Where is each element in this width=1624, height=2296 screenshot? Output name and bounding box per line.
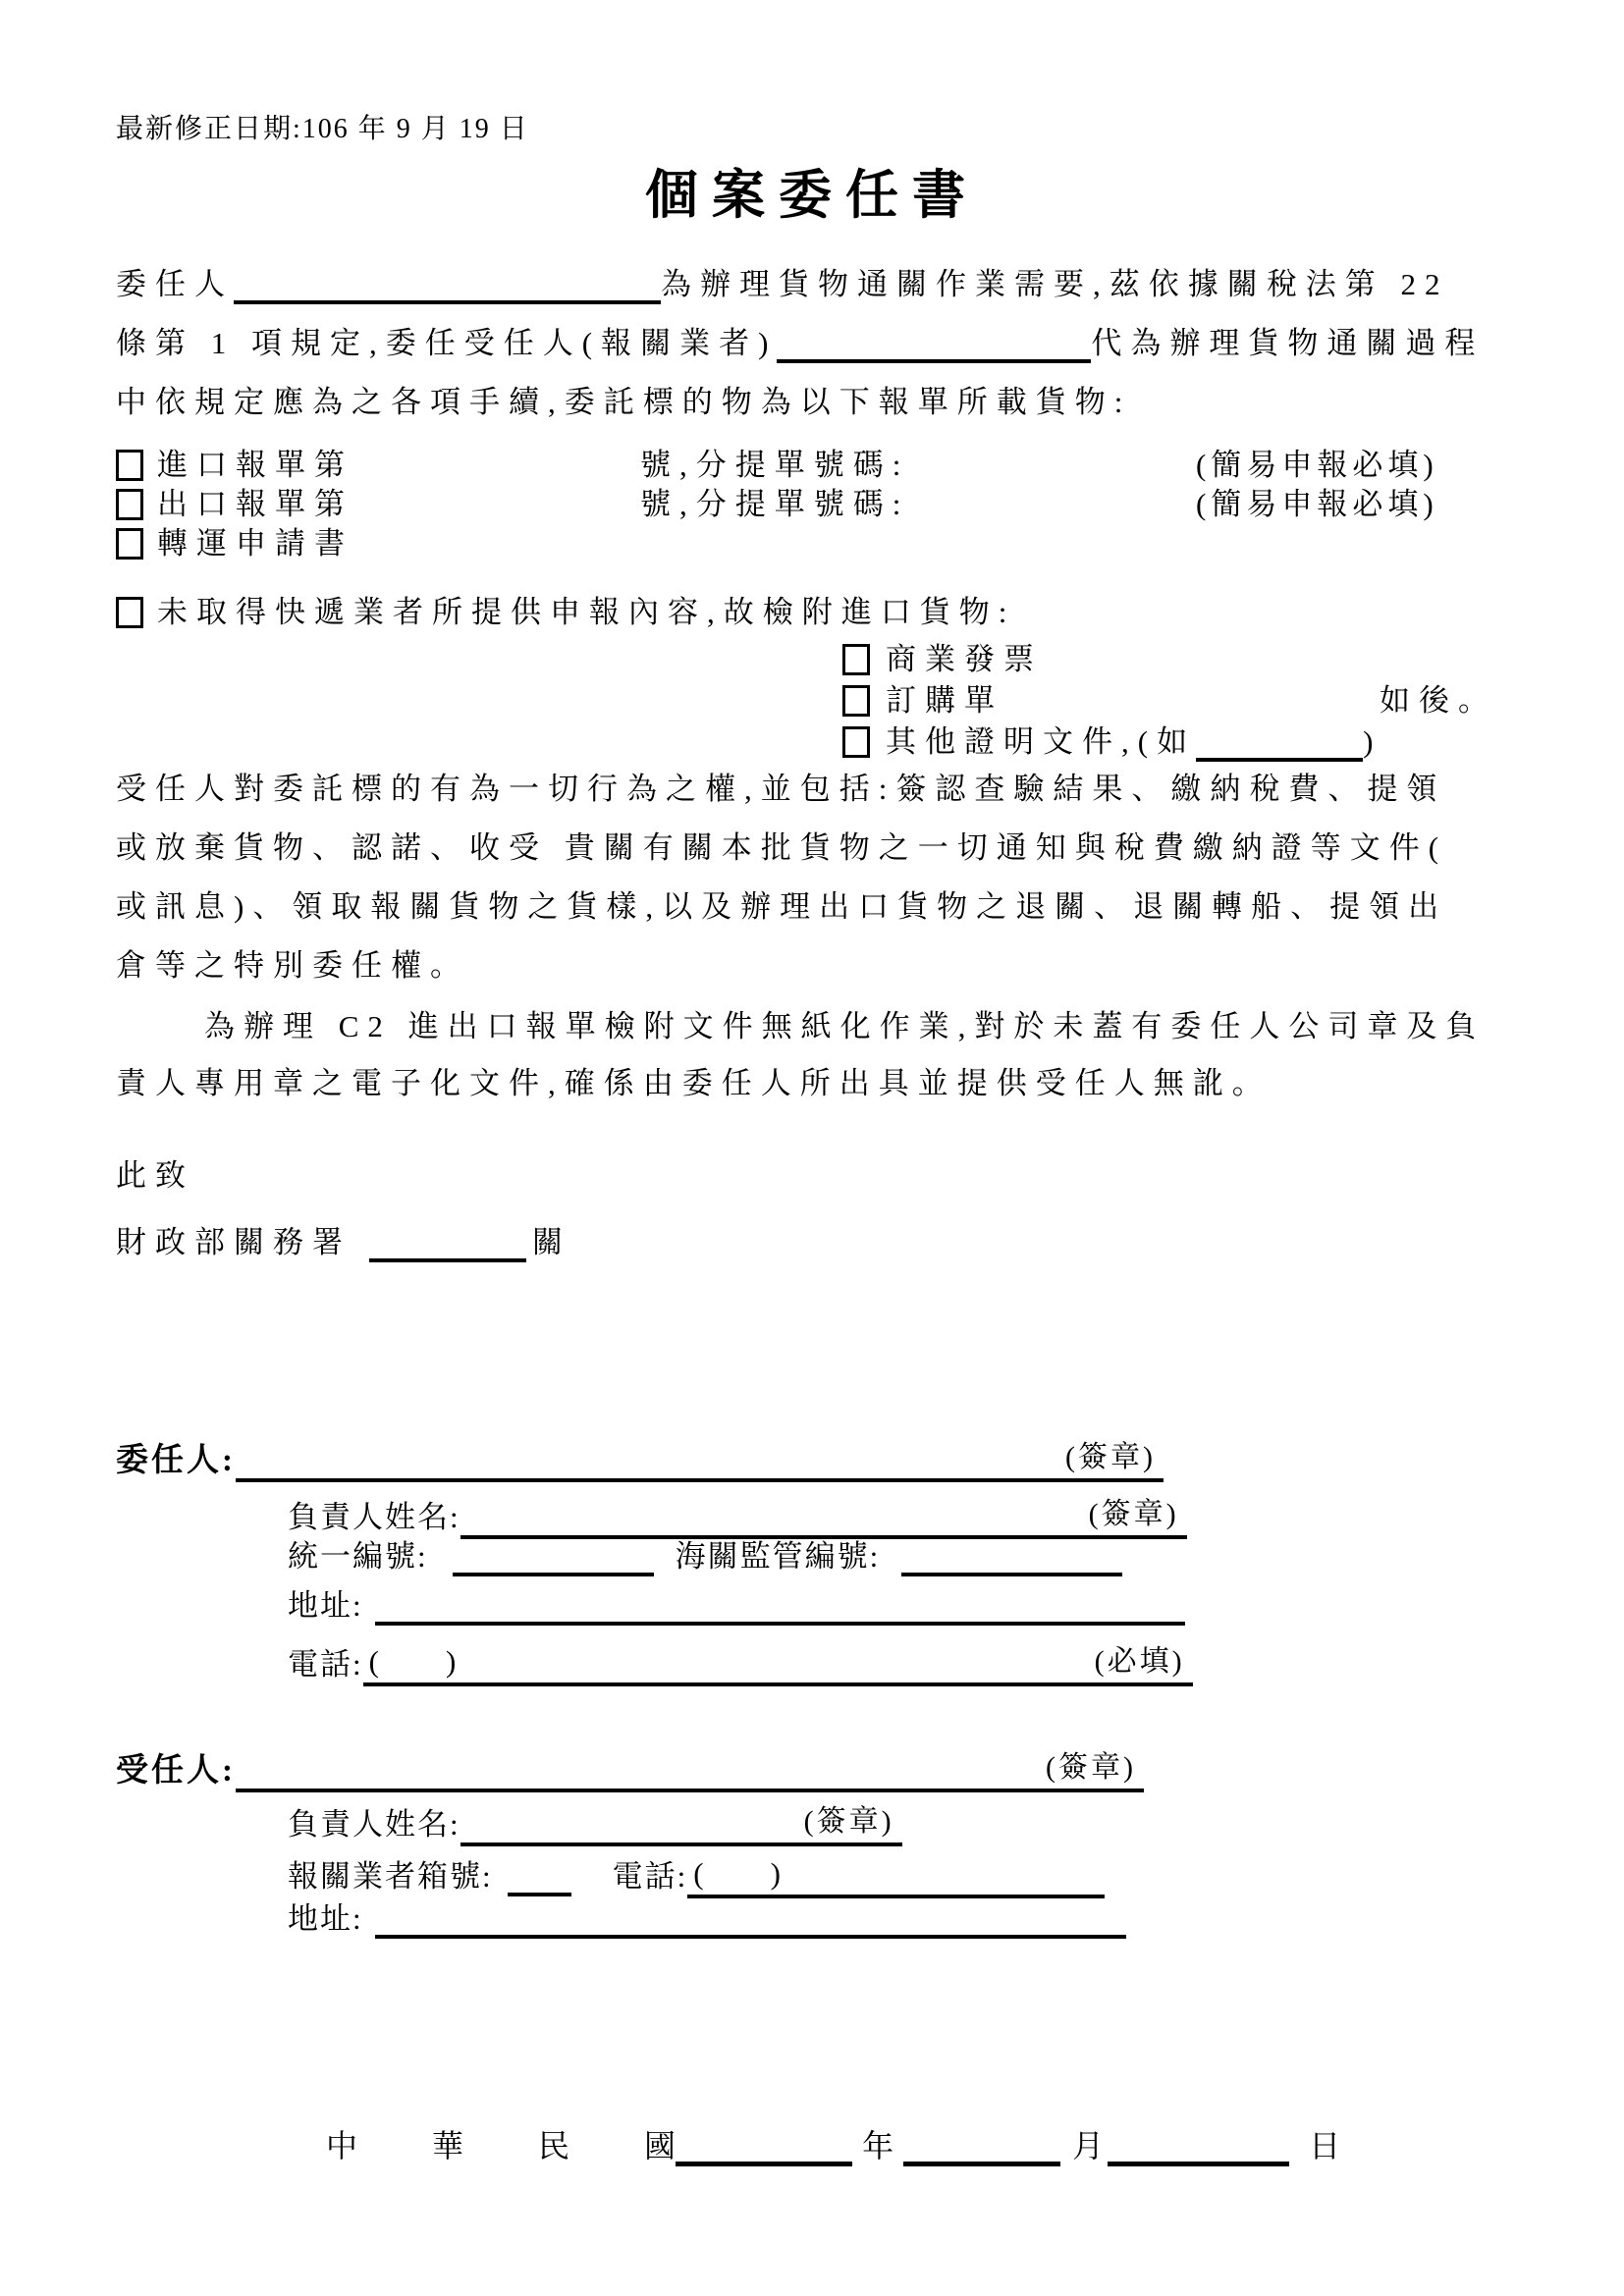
authority-line-3: 或訊息)、領取報關貨物之貨樣,以及辦理出口貨物之退關、退關轉船、提領出	[116, 891, 1447, 922]
principal-address-blank[interactable]	[375, 1622, 1185, 1626]
principal-phone-area-paren: ( )	[369, 1646, 459, 1677]
checkbox-express-attachment[interactable]	[116, 597, 143, 628]
agent-representative-seal-note: (簽章)	[804, 1807, 894, 1837]
other-documents-row: 其他證明文件,(如)	[0, 724, 1624, 768]
paperless-line-2: 責人專用章之電子化文件,確係由委任人所出具並提供受任人無訛。	[116, 1068, 1272, 1098]
purchase-order-label: 訂購單	[886, 685, 1003, 716]
customs-supervision-number-blank[interactable]	[901, 1573, 1122, 1576]
agent-name-blank[interactable]	[777, 359, 1091, 363]
agent-address-row: 地址:	[288, 1903, 1126, 1939]
principal-phone-required-note: (必填)	[1095, 1647, 1185, 1677]
roc-era-char-1: 中	[326, 2130, 357, 2162]
agent-signature-line[interactable]: (簽章)	[236, 1745, 1144, 1792]
agent-representative-label: 負責人姓名:	[288, 1807, 460, 1842]
invoice-row: 商業發票	[0, 642, 1624, 685]
roc-era-char-2: 華	[432, 2130, 463, 2162]
principal-representative-row: 負責人姓名:(簽章)	[288, 1492, 1187, 1539]
other-documents-suffix: )	[1363, 724, 1381, 759]
other-documents-line: 其他證明文件,(如)	[886, 726, 1381, 762]
agent-phone-area-paren: ( )	[693, 1858, 783, 1889]
transit-application-label: 轉運申請書	[157, 528, 353, 559]
principal-representative-line[interactable]: (簽章)	[460, 1492, 1187, 1539]
customs-office-suffix: 關	[532, 1225, 571, 1259]
agent-title: 受任人:	[116, 1753, 236, 1789]
import-declaration-label: 進口報單第	[157, 450, 353, 480]
roc-date-line: 中華民國年月日	[326, 2130, 1340, 2166]
agent-seal-note: (簽章)	[1046, 1753, 1136, 1783]
broker-box-number-blank[interactable]	[508, 1893, 571, 1896]
order-note: 如後。	[1380, 685, 1497, 716]
export-declaration-row: 出口報單第 號,分提單號碼: (簡易申報必填)	[0, 487, 1624, 530]
principal-representative-label: 負責人姓名:	[288, 1500, 460, 1534]
principal-phone-line[interactable]: ( )(必填)	[363, 1639, 1193, 1686]
agent-phone-label: 電話:	[613, 1859, 688, 1894]
principal-seal-note: (簽章)	[1065, 1443, 1156, 1472]
authority-line-1: 受任人對委託標的有為一切行為之權,並包括:簽認查驗結果、繳納稅費、提領	[116, 774, 1445, 804]
customs-office-line: 財政部關務署關	[116, 1227, 571, 1262]
authority-line-2: 或放棄貨物、認諾、收受 貴關有關本批貨物之一切通知與稅費繳納證等文件(	[116, 832, 1447, 863]
month-blank[interactable]	[903, 2162, 1060, 2166]
intro-line-2: 條第 1 項規定,委任受任人(報關業者)代為辦理貨物通關過程	[116, 328, 1484, 363]
principal-title: 委任人:	[116, 1443, 236, 1478]
broker-box-number-label: 報關業者箱號:	[288, 1859, 493, 1894]
import-declaration-note: (簡易申報必填)	[1196, 450, 1438, 480]
month-label: 月	[1072, 2130, 1104, 2162]
salutation: 此致	[116, 1160, 194, 1191]
checkbox-other-documents[interactable]	[842, 726, 870, 758]
paperless-line-1: 為辦理 C2 進出口報單檢附文件無紙化作業,對於未蓋有委任人公司章及負	[204, 1011, 1485, 1041]
principal-signature-line[interactable]: (簽章)	[236, 1435, 1164, 1482]
invoice-label: 商業發票	[886, 644, 1043, 674]
transit-application-row: 轉運申請書	[0, 526, 1624, 569]
agent-phone-line[interactable]: ( )	[687, 1851, 1105, 1898]
intro-line-3: 中依規定應為之各項手續,委託標的物為以下報單所載貨物:	[116, 387, 1131, 417]
agent-title-row: 受任人:(簽章)	[116, 1745, 1144, 1792]
document-title: 個案委任書	[0, 169, 1624, 222]
roc-era-char-4: 國	[644, 2130, 676, 2162]
power-of-attorney-document: 最新修正日期:106 年 9 月 19 日 個案委任書 委任人為辦理貨物通關作業…	[0, 0, 1624, 2296]
authority-line-4: 倉等之特別委任權。	[116, 950, 469, 981]
checkbox-export-declaration[interactable]	[116, 489, 143, 520]
checkbox-commercial-invoice[interactable]	[842, 644, 870, 675]
principal-word: 委任人	[116, 267, 234, 301]
agent-representative-line[interactable]: (簽章)	[460, 1799, 902, 1846]
express-heading-row: 未取得快遞業者所提供申報內容,故檢附進口貨物:	[0, 595, 1624, 638]
other-documents-blank[interactable]	[1196, 758, 1363, 762]
customs-supervision-number-label: 海關監管編號:	[676, 1539, 881, 1574]
principal-title-row: 委任人:(簽章)	[116, 1435, 1164, 1482]
uniform-number-blank[interactable]	[453, 1573, 654, 1576]
principal-phone-row: 電話:( )(必填)	[288, 1639, 1193, 1686]
intro-line-2-suffix: 代為辦理貨物通關過程	[1091, 326, 1484, 360]
principal-address-label: 地址:	[288, 1588, 363, 1623]
export-declaration-mid: 號,分提單號碼:	[640, 489, 909, 519]
import-declaration-mid: 號,分提單號碼:	[640, 450, 909, 480]
intro-line-1-text: 為辦理貨物通關作業需要,茲依據關稅法第 22	[661, 267, 1449, 301]
express-heading: 未取得快遞業者所提供申報內容,故檢附進口貨物:	[157, 597, 1015, 627]
other-documents-prefix: 其他證明文件,(如	[886, 724, 1196, 759]
agent-representative-row: 負責人姓名:(簽章)	[288, 1799, 902, 1846]
intro-line-1: 委任人為辦理貨物通關作業需要,茲依據關稅法第 22	[116, 269, 1449, 304]
customs-office-label: 財政部關務署	[116, 1225, 352, 1259]
day-blank[interactable]	[1108, 2162, 1289, 2166]
purchase-order-row: 訂購單 如後。	[0, 683, 1624, 726]
revision-date: 最新修正日期:106 年 9 月 19 日	[116, 116, 529, 143]
principal-name-blank[interactable]	[234, 300, 661, 304]
uniform-number-label: 統一編號:	[288, 1539, 428, 1574]
roc-era-char-3: 民	[538, 2130, 569, 2162]
agent-box-phone-row: 報關業者箱號:電話:( )	[288, 1851, 1105, 1898]
day-label: 日	[1309, 2130, 1340, 2162]
checkbox-purchase-order[interactable]	[842, 685, 870, 717]
checkbox-transit-application[interactable]	[116, 528, 143, 560]
intro-line-2-prefix: 條第 1 項規定,委任受任人(報關業者)	[116, 326, 777, 360]
year-label: 年	[862, 2130, 893, 2162]
import-declaration-row: 進口報單第 號,分提單號碼: (簡易申報必填)	[0, 448, 1624, 491]
year-blank[interactable]	[676, 2162, 852, 2166]
principal-address-row: 地址:	[288, 1590, 1185, 1626]
principal-phone-label: 電話:	[288, 1647, 363, 1682]
agent-address-blank[interactable]	[375, 1935, 1126, 1939]
export-declaration-note: (簡易申報必填)	[1196, 489, 1438, 519]
principal-numbers-row: 統一編號:海關監管編號:	[288, 1541, 1122, 1576]
customs-office-blank[interactable]	[369, 1258, 526, 1262]
agent-address-label: 地址:	[288, 1901, 363, 1936]
checkbox-import-declaration[interactable]	[116, 450, 143, 481]
principal-representative-seal-note: (簽章)	[1089, 1500, 1179, 1529]
export-declaration-label: 出口報單第	[157, 489, 353, 519]
